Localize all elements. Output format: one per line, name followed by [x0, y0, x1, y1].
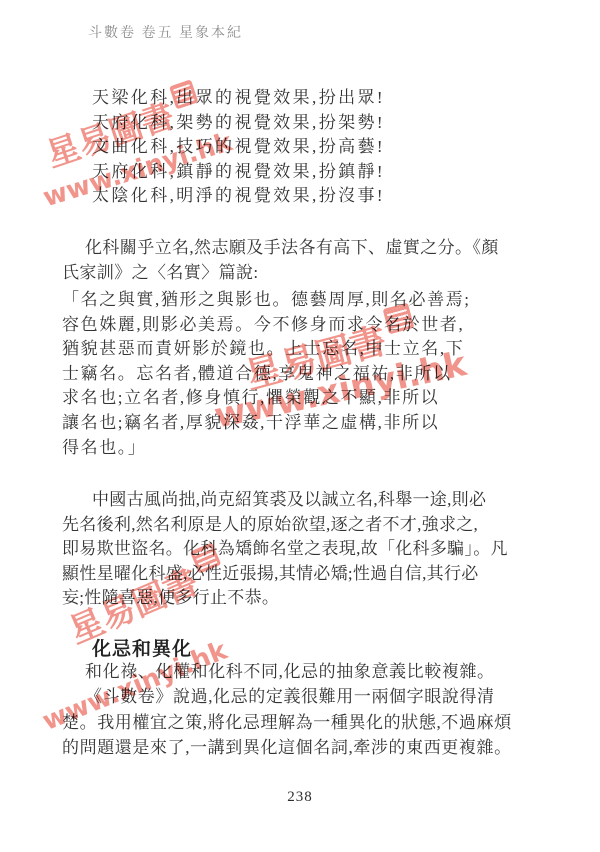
section-heading: 化忌和異化	[92, 634, 192, 661]
text-line: 即易欺世盜名。化科為矯飾名堂之表現,故「化科多騙」。凡	[62, 537, 524, 562]
yanshi-jiaxun-quote: 「名之與實,猶形之與影也。德藝周厚,則名必善焉; 容色姝麗,則影必美焉。今不修身…	[62, 288, 524, 460]
running-header: 斗數卷 卷五 星象本紀	[88, 22, 243, 42]
text-line: 的問題還是來了,一講到異化這個名詞,牽涉的東西更複雜。	[62, 735, 524, 760]
quote-line: 「名之與實,猶形之與影也。德藝周厚,則名必善焉;	[62, 288, 524, 313]
intro-paragraph: 化科關乎立名,然志願及手法各有高下、虛實之分。《顏 氏家訓》之〈名實〉篇說:	[62, 236, 520, 285]
quote-line: 求名也;立名者,修身慎行,懼榮觀之不顯,非所以	[62, 386, 524, 411]
text-line: 中國古風尚拙,尚克紹箕裘及以誠立名,科舉一途,則必	[62, 488, 524, 513]
text-line: 先名後利,然名利原是人的原始欲望,逐之者不才,強求之,	[62, 513, 524, 538]
text-line: 文曲化科,技巧的視覺效果,扮高藝!	[92, 135, 385, 160]
quote-line: 士竊名。忘名者,體道合德,享鬼神之福祐,非所以	[62, 362, 524, 387]
text-line: 和化祿、化權和化科不同,化忌的抽象意義比較複雜。	[62, 659, 524, 684]
quote-line: 讓名也;竊名者,厚貌深姦,干浮華之虛構,非所以	[62, 411, 524, 436]
text-line: 妄;性隨喜惡,便多行止不恭。	[62, 586, 524, 611]
huaji-paragraph: 和化祿、化權和化科不同,化忌的抽象意義比較複雜。 《斗數卷》說過,化忌的定義很難…	[62, 659, 524, 761]
text-line: 《斗數卷》說過,化忌的定義很難用一兩個字眼說得清	[62, 684, 524, 709]
discussion-paragraph: 中國古風尚拙,尚克紹箕裘及以誠立名,科舉一途,則必 先名後利,然名利原是人的原始…	[62, 488, 524, 611]
quote-line: 猶貌甚惡而責妍影於鏡也。上士忘名,中士立名,下	[62, 337, 524, 362]
text-line: 天梁化科,出眾的視覺效果,扮出眾!	[92, 86, 385, 111]
text-line: 楚。我用權宜之策,將化忌理解為一種異化的狀態,不過麻煩	[62, 710, 524, 735]
quote-line: 得名也。」	[62, 436, 524, 461]
text-line: 化科關乎立名,然志願及手法各有高下、虛實之分。《顏	[62, 236, 520, 261]
quote-line: 容色姝麗,則影必美焉。今不修身而求令名於世者,	[62, 313, 524, 338]
text-line: 天府化科,鎮靜的視覺效果,扮鎮靜!	[92, 160, 385, 185]
huake-effect-list: 天梁化科,出眾的視覺效果,扮出眾! 天府化科,架勢的視覺效果,扮架勢! 文曲化科…	[92, 86, 385, 209]
page-number: 238	[0, 789, 600, 806]
text-line: 顯性星曜化科盛,必性近張揚,其情必矯;性過自信,其行必	[62, 562, 524, 587]
text-line: 氏家訓》之〈名實〉篇說:	[62, 261, 520, 286]
text-line: 太陰化科,明淨的視覺效果,扮沒事!	[92, 184, 385, 209]
text-line: 天府化科,架勢的視覺效果,扮架勢!	[92, 111, 385, 136]
book-page: 斗數卷 卷五 星象本紀 天梁化科,出眾的視覺效果,扮出眾! 天府化科,架勢的視覺…	[0, 0, 600, 852]
